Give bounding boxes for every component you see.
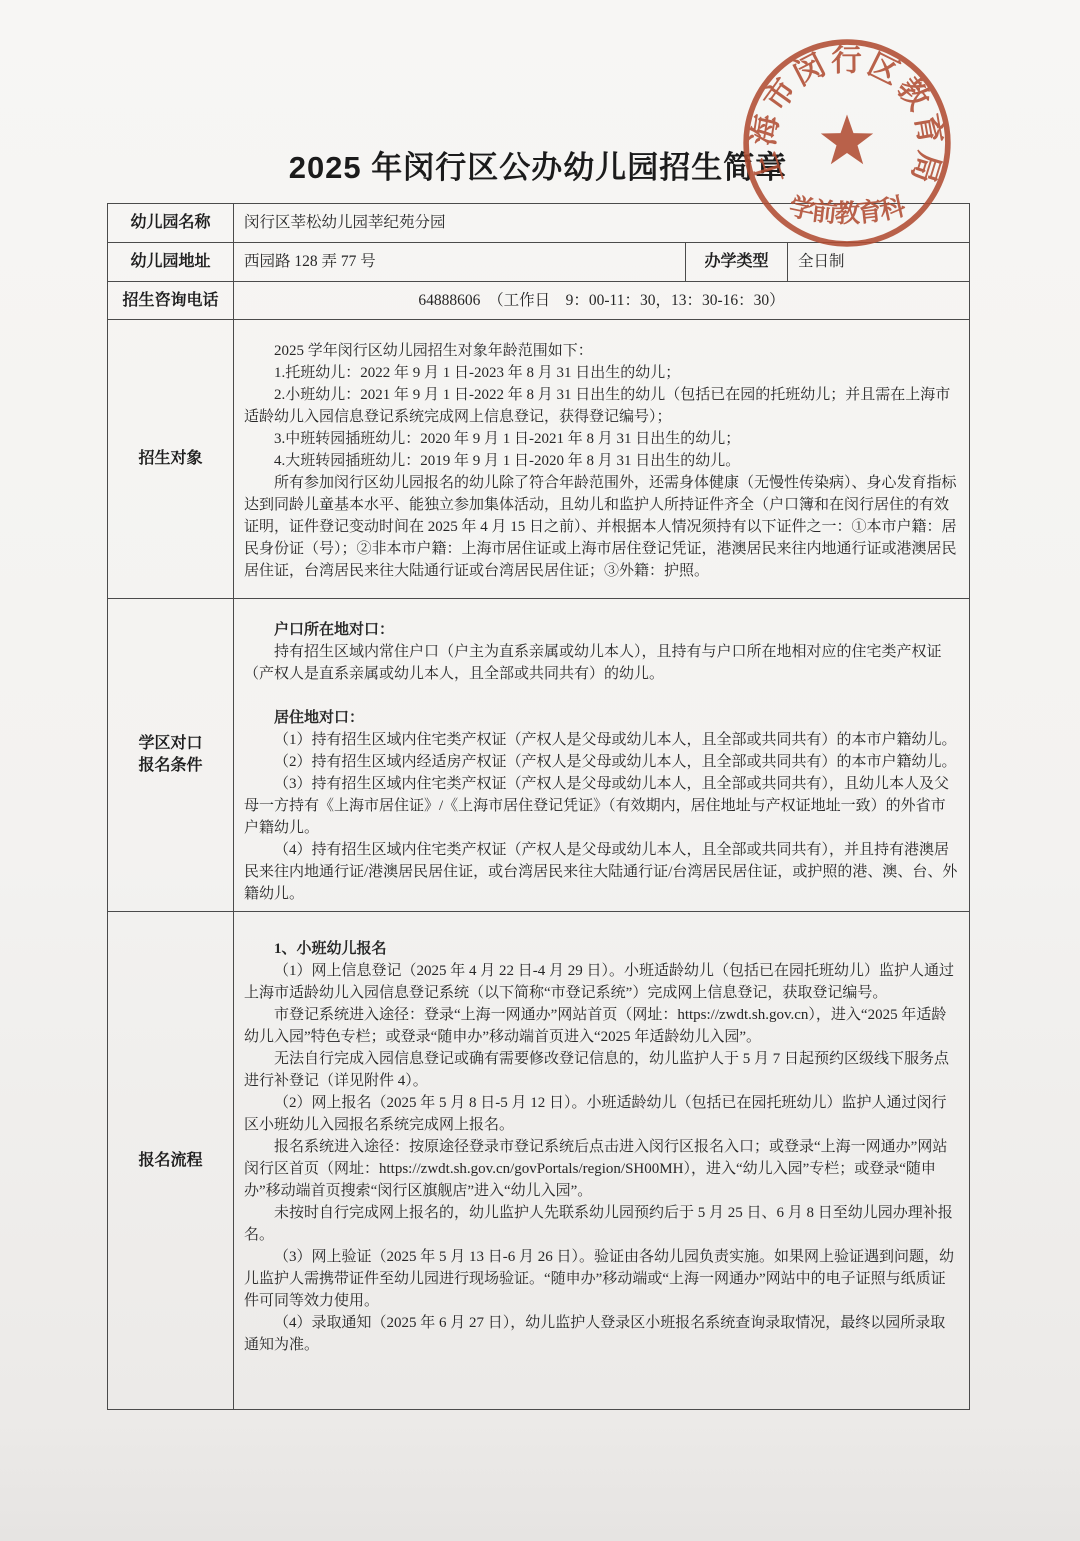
eligibility-item: （1）持有招生区域内住宅类产权证（产权人是父母或幼儿本人，且全部或共同共有）的本…	[244, 729, 959, 751]
table-row: 学区对口 报名条件 户口所在地对口： 持有招生区域内常住户口（户主为直系亲属或幼…	[108, 599, 970, 912]
targets-paragraph: 4.大班转园插班幼儿：2019 年 9 月 1 日-2020 年 8 月 31 …	[244, 450, 959, 472]
svg-text:学前教育科: 学前教育科	[786, 192, 908, 228]
table-row: 报名流程 1、小班幼儿报名 （1）网上信息登记（2025 年 4 月 22 日-…	[108, 912, 970, 1410]
stamp-ring-text: 上海市闵行区教育局	[746, 44, 948, 189]
stamp-bottom-text: 学前教育科	[786, 192, 908, 228]
eligibility-item: （2）持有招生区域内经适房产权证（产权人是父母或幼儿本人，且全部或共同共有）的本…	[244, 751, 959, 773]
eligibility-paragraph: 持有招生区域内常住户口（户主为直系亲属或幼儿本人），且持有与户口所在地相对应的住…	[244, 641, 959, 685]
process-paragraph: （4）录取通知（2025 年 6 月 27 日），幼儿监护人登录区小班报名系统查…	[244, 1312, 959, 1356]
section-eligibility-content: 户口所在地对口： 持有招生区域内常住户口（户主为直系亲属或幼儿本人），且持有与户…	[234, 599, 970, 912]
process-paragraph: （2）网上报名（2025 年 5 月 8 日-5 月 12 日）。小班适龄幼儿（…	[244, 1092, 959, 1136]
field-value-phone: 64888606 （工作日 9：00-11：30，13：30-16：30）	[234, 282, 970, 320]
section-process-content: 1、小班幼儿报名 （1）网上信息登记（2025 年 4 月 22 日-4 月 2…	[234, 912, 970, 1410]
scanned-document-page: 2025 年闵行区公办幼儿园招生简章 幼儿园名称 闵行区莘松幼儿园莘纪苑分园 幼…	[0, 0, 1080, 1541]
targets-paragraph: 3.中班转园插班幼儿：2020 年 9 月 1 日-2021 年 8 月 31 …	[244, 428, 959, 450]
field-label-phone: 招生咨询电话	[108, 282, 234, 320]
eligibility-heading-hukou: 户口所在地对口：	[244, 619, 959, 641]
field-label-kindergarten-name: 幼儿园名称	[108, 204, 234, 243]
section-targets-content: 2025 学年闵行区幼儿园招生对象年龄范围如下： 1.托班幼儿：2022 年 9…	[234, 320, 970, 599]
targets-paragraph: 2.小班幼儿：2021 年 9 月 1 日-2022 年 8 月 31 日出生的…	[244, 384, 959, 428]
process-paragraph: 未按时自行完成网上报名的，幼儿监护人先联系幼儿园预约后于 5 月 25 日、6 …	[244, 1202, 959, 1246]
official-stamp: 上海市闵行区教育局 学前教育科	[740, 36, 954, 250]
section-label-eligibility-line2: 报名条件	[112, 755, 229, 777]
eligibility-item: （3）持有招生区域内住宅类产权证（产权人是父母或幼儿本人，且全部或共同共有），且…	[244, 773, 959, 839]
process-paragraph: 市登记系统进入途径：登录“上海一网通办”网站首页（网址：https://zwdt…	[244, 1004, 959, 1048]
targets-paragraph: 2025 学年闵行区幼儿园招生对象年龄范围如下：	[244, 340, 959, 362]
eligibility-item: （4）持有招生区域内住宅类产权证（产权人是父母或幼儿本人，且全部或共同共有），并…	[244, 839, 959, 905]
process-heading: 1、小班幼儿报名	[244, 938, 959, 960]
section-label-targets: 招生对象	[108, 320, 234, 599]
section-label-process: 报名流程	[108, 912, 234, 1410]
targets-paragraph: 1.托班幼儿：2022 年 9 月 1 日-2023 年 8 月 31 日出生的…	[244, 362, 959, 384]
process-paragraph: 报名系统进入途径：按原途径登录市登记系统后点击进入闵行区报名入口；或登录“上海一…	[244, 1136, 959, 1202]
enrollment-info-table: 幼儿园名称 闵行区莘松幼儿园莘纪苑分园 幼儿园地址 西园路 128 弄 77 号…	[107, 203, 970, 1410]
table-row: 招生对象 2025 学年闵行区幼儿园招生对象年龄范围如下： 1.托班幼儿：202…	[108, 320, 970, 599]
section-label-eligibility: 学区对口 报名条件	[108, 599, 234, 912]
field-value-address: 西园路 128 弄 77 号	[234, 243, 686, 282]
field-label-address: 幼儿园地址	[108, 243, 234, 282]
section-label-eligibility-line1: 学区对口	[112, 733, 229, 755]
process-paragraph: （1）网上信息登记（2025 年 4 月 22 日-4 月 29 日）。小班适龄…	[244, 960, 959, 1004]
star-icon	[821, 114, 873, 164]
table-row: 招生咨询电话 64888606 （工作日 9：00-11：30，13：30-16…	[108, 282, 970, 320]
svg-text:上海市闵行区教育局: 上海市闵行区教育局	[746, 44, 948, 189]
process-paragraph: 无法自行完成入园信息登记或确有需要修改登记信息的，幼儿监护人于 5 月 7 日起…	[244, 1048, 959, 1092]
process-paragraph: （3）网上验证（2025 年 5 月 13 日-6 月 26 日）。验证由各幼儿…	[244, 1246, 959, 1312]
targets-paragraph: 所有参加闵行区幼儿园报名的幼儿除了符合年龄范围外，还需身体健康（无慢性传染病）、…	[244, 472, 959, 582]
eligibility-heading-residence: 居住地对口：	[244, 707, 959, 729]
